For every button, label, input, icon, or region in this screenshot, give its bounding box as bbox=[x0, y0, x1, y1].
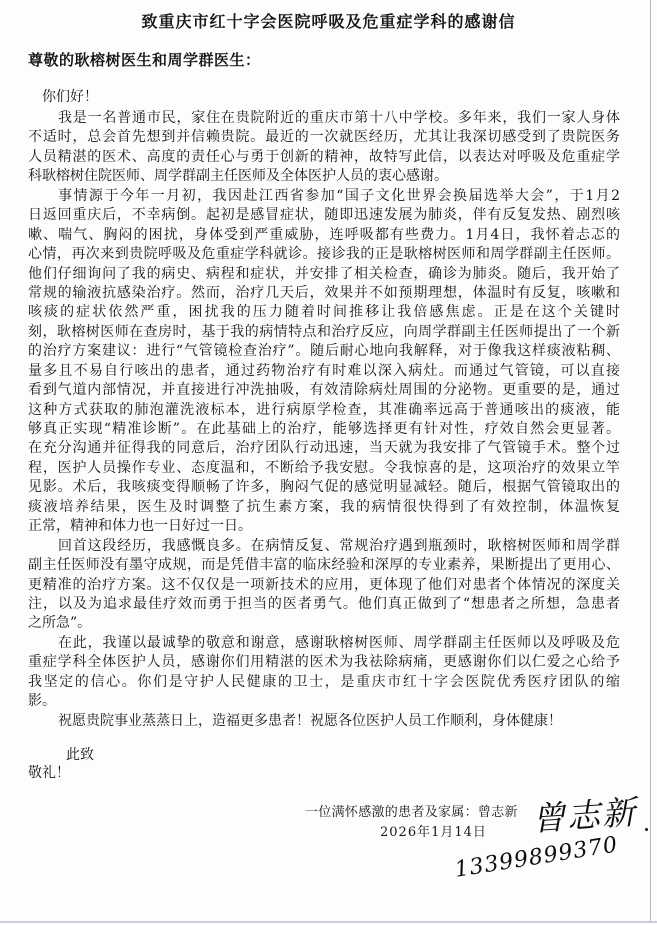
text-line: 回首这段经历，我感慨良多。在病情反复、常规治疗遇到瓶颈时，耿榕树医师和周学群 bbox=[28, 537, 620, 556]
text-line: 痰液培养结果，医生及时调整了抗生素方案，我的病情很快得到了有效控制，体温恢复 bbox=[28, 498, 620, 517]
text-line: 我坚定的信心。你们是守护人民健康的卫士，是重庆市红十字会医院优秀医疗团队的缩 bbox=[28, 673, 620, 692]
text-line: 人员精湛的医术、高度的责任心与勇于创新的精神，故特写此信，以表达对呼吸及危重症学 bbox=[28, 148, 620, 167]
text-line: 量多且不易自行咳出的患者，通过药物治疗有时难以深入病灶。而通过气管镜，可以直接 bbox=[28, 362, 620, 381]
handwritten-signature: 曾志新 bbox=[531, 790, 639, 841]
text-line: 影。 bbox=[28, 692, 620, 711]
page-edge-bottom bbox=[0, 921, 657, 923]
page-edge-right bbox=[650, 0, 651, 922]
letter-greeting: 你们好！ bbox=[42, 87, 98, 107]
text-line: 日返回重庆后，不幸病倒。起初是感冒症状，随即迅速发展为肺炎，伴有反复发热、剧烈咳 bbox=[28, 206, 620, 225]
text-line: 看到气道内部情况，并直接进行冲洗抽吸，有效清除病灶周围的分泌物。更重要的是，通过 bbox=[28, 381, 620, 400]
text-line: 心情，再次来到贵院呼吸及危重症学科就诊。接诊我的正是耿榕树医师和周学群副主任医师… bbox=[28, 245, 620, 264]
text-line: 这种方式获取的肺泡灌洗液标本，进行病原学检查，其准确率远高于普通咳出的痰液，能 bbox=[28, 401, 620, 420]
text-line: 刻，耿榕树医师在查房时，基于我的病情特点和治疗反应，向周学群副主任医师提出了一个… bbox=[28, 323, 620, 342]
text-line: 够真正实现“精准诊断”。在此基础上的治疗，能够选择更有针对性，疗效自然会更显著。 bbox=[28, 420, 620, 439]
letter-salutation: 尊敬的耿榕树医生和周学群医生： bbox=[28, 50, 261, 70]
text-line: 常规的输液抗感染治疗。然而，治疗几天后，效果并不如预期理想，体温时有反复，咳嗽和 bbox=[28, 284, 620, 303]
text-line: 不适时，总会首先想到并信赖贵院。最近的一次就医经历，尤其让我深切感受到了贵院医务 bbox=[28, 128, 620, 147]
text-line: 科耿榕树住院医师、周学群副主任医师及全体医护人员的衷心感谢。 bbox=[28, 167, 620, 186]
text-line: 嗽、喘气、胸闷的困扰，身体受到严重威胁，连呼吸都有些费力。1月4日，我怀着忐忑的 bbox=[28, 226, 620, 245]
text-line: 我是一名普通市民，家住在贵院附近的重庆市第十八中学校。多年来，我们一家人身体 bbox=[28, 109, 620, 128]
text-line: 咳痰的症状依然严重，困扰我的压力随着时间推移让我倍感焦虑。正是在这个关键时 bbox=[28, 303, 620, 322]
text-line: 注，以及为追求最佳疗效而勇于担当的医者勇气。他们真正做到了“想患者之所想，急患者 bbox=[28, 595, 620, 614]
signature-line: 一位满怀感激的患者及家属：曾志新 bbox=[305, 804, 518, 822]
text-line: 程，医护人员操作专业、态度温和，不断给予我安慰。令我惊喜的是，这项治疗的效果立竿 bbox=[28, 459, 620, 478]
closing-regards: 此致 bbox=[66, 745, 94, 765]
text-line: 祝愿贵院事业蒸蒸日上，造福更多患者！祝愿各位医护人员工作顺利，身体健康！ bbox=[28, 712, 620, 731]
text-line: 的治疗方案建议：进行“气管镜检查治疗”。随后耐心地向我解释，对于像我这样痰液粘稠… bbox=[28, 342, 620, 361]
signature-dot bbox=[645, 828, 648, 831]
letter-body: 我是一名普通市民，家住在贵院附近的重庆市第十八中学校。多年来，我们一家人身体 不… bbox=[28, 109, 620, 731]
text-line: 在此，我谨以最诚挚的敬意和谢意，感谢耿榕树医师、周学群副主任医师以及呼吸及危 bbox=[28, 634, 620, 653]
text-line: 重症学科全体医护人员，感谢你们用精湛的医术为我祛除病痛，更感谢你们以仁爱之心给予 bbox=[28, 653, 620, 672]
scanned-letter-page: 致重庆市红十字会医院呼吸及危重症学科的感谢信 尊敬的耿榕树医生和周学群医生： 你… bbox=[0, 0, 657, 925]
text-line: 事情源于今年一月初，我因赴江西省参加“国子文化世界会换届选举大会”，于1月2 bbox=[28, 187, 620, 206]
text-line: 在充分沟通并征得我的同意后，治疗团队行动迅速，当天就为我安排了气管镜手术。整个过 bbox=[28, 439, 620, 458]
text-line: 他们仔细询问了我的病史、病程和症状，并安排了相关检查，确诊为肺炎。随后，我开始了 bbox=[28, 265, 620, 284]
text-line: 正常，精神和体力也一日好过一日。 bbox=[28, 517, 620, 536]
text-line: 更精准的治疗方案。这不仅仅是一项新技术的应用，更体现了他们对患者个体情况的深度关 bbox=[28, 576, 620, 595]
letter-title: 致重庆市红十字会医院呼吸及危重症学科的感谢信 bbox=[0, 12, 657, 32]
closing-salute: 敬礼！ bbox=[28, 763, 70, 783]
text-line: 见影。术后，我咳痰变得顺畅了许多，胸闷气促的感觉明显减轻。随后，根据气管镜取出的 bbox=[28, 478, 620, 497]
text-line: 之所急”。 bbox=[28, 614, 620, 633]
signature-date: 2026年1月14日 bbox=[380, 824, 487, 842]
text-line: 副主任医师没有墨守成规，而是凭借丰富的临床经验和深厚的专业素养，果断提出了更用心… bbox=[28, 556, 620, 575]
